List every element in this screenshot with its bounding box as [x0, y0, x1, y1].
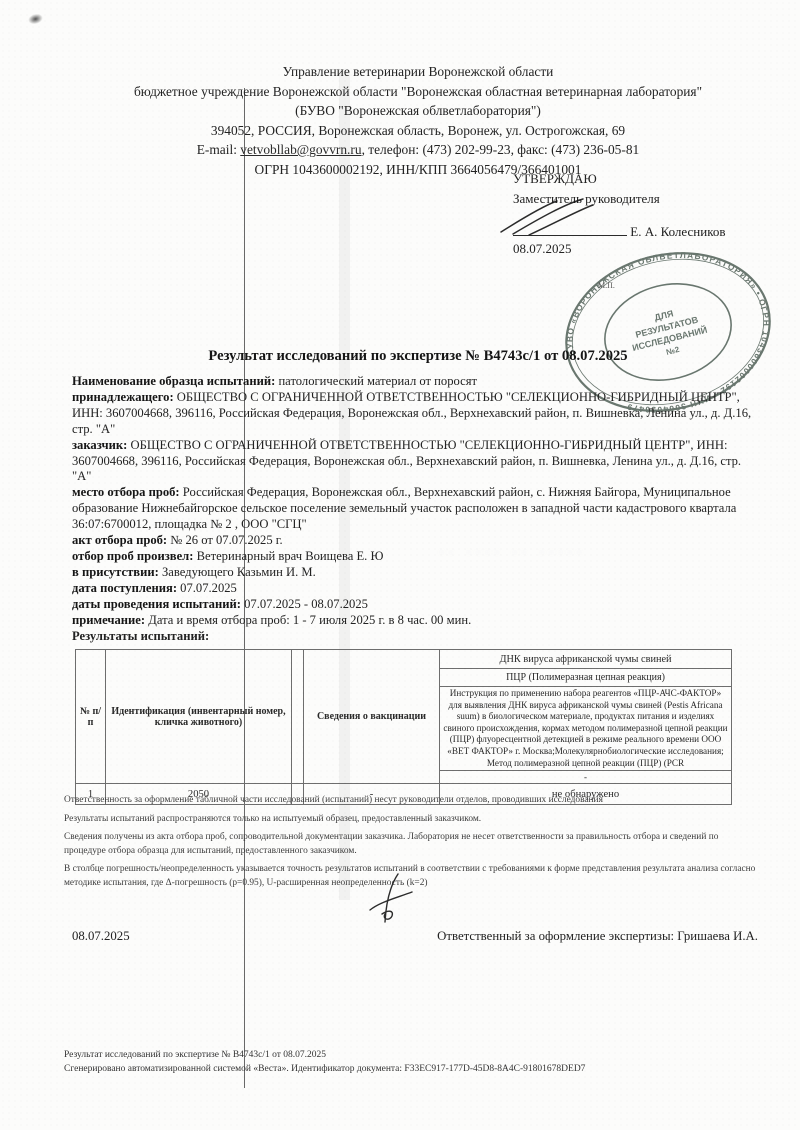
field-sample-name: Наименование образца испытаний: патологи… — [72, 374, 756, 390]
signoff-responsible: Ответственный за оформление экспертизы: … — [437, 929, 758, 944]
org-name-line1: Управление ветеринарии Воронежской облас… — [80, 62, 756, 82]
col-header-vaccination: Сведения о вакцинации — [304, 650, 440, 784]
signoff-date: 08.07.2025 — [72, 929, 130, 944]
org-header: Управление ветеринарии Воронежской облас… — [80, 62, 756, 179]
field-owner: принадлежащего: ОБЩЕСТВО С ОГРАНИЧЕННОЙ … — [72, 390, 756, 438]
footnote-responsibility: Ответственность за оформление табличной … — [64, 794, 761, 808]
signature-line-row: Е. А. Колесников — [513, 221, 773, 240]
footnote-scope: Результаты испытаний распространяются то… — [64, 813, 761, 827]
field-customer: заказчик: ОБЩЕСТВО С ОГРАНИЧЕННОЙ ОТВЕТС… — [72, 438, 756, 486]
expert-signature — [352, 870, 432, 928]
phone-fax-text: , телефон: (473) 202-99-23, факс: (473) … — [362, 142, 640, 157]
footer-generated-id: Сгенерировано автоматизированной системо… — [64, 1062, 764, 1076]
org-name-line3: (БУВО "Воронежская облветлаборатория") — [80, 101, 756, 121]
footer-expertise-ref: Результат исследований по экспертизе № В… — [64, 1048, 764, 1062]
field-receipt-date: дата поступления: 07.07.2025 — [72, 581, 756, 597]
mp-mark: М.П. — [598, 281, 615, 290]
document-fields: Наименование образца испытаний: патологи… — [72, 374, 756, 644]
test-method-header: ПЦР (Полимеразная цепная реакция) — [440, 669, 732, 687]
email-label: E-mail: — [197, 142, 241, 157]
document-footer: Результат исследований по экспертизе № В… — [64, 1048, 764, 1076]
scanned-document-page: { "org": { "line1": "Управление ветерина… — [0, 0, 800, 1130]
org-name-line2: бюджетное учреждение Воронежской области… — [80, 82, 756, 102]
field-test-dates: даты проведения испытаний: 07.07.2025 - … — [72, 597, 756, 613]
org-contacts: E-mail: vetvobllab@govvrn.ru, телефон: (… — [80, 140, 756, 160]
approval-title: УТВЕРЖДАЮ — [513, 171, 773, 187]
test-instruction: Инструкция по применению набора реагенто… — [440, 687, 732, 771]
col-header-num: № п/п — [76, 650, 106, 784]
document-title: Результат исследований по экспертизе № В… — [80, 348, 756, 365]
field-sampling-place: место отбора проб: Российская Федерация,… — [72, 485, 756, 533]
field-sampler: отбор проб произвел: Ветеринарный врач В… — [72, 549, 756, 565]
field-sampling-act: акт отбора проб: № 26 от 07.07.2025 г. — [72, 533, 756, 549]
table-spacer-cell — [292, 650, 304, 784]
col-header-identification: Идентификация (инвентарный номер, кличка… — [106, 650, 292, 784]
results-heading: Результаты испытаний: — [72, 629, 756, 645]
org-address: 394052, РОССИЯ, Воронежская область, Вор… — [80, 121, 756, 141]
signature-line — [513, 221, 627, 236]
unit-cell: - — [440, 771, 732, 784]
approver-name: Е. А. Колесников — [630, 224, 725, 239]
field-note: примечание: Дата и время отбора проб: 1 … — [72, 613, 756, 629]
footnote-sampling-info: Сведения получены из акта отбора проб, с… — [64, 831, 761, 858]
test-group-header: ДНК вируса африканской чумы свиней — [440, 650, 732, 669]
field-witness: в присутствии: Заведующего Казьмин И. М. — [72, 565, 756, 581]
table-header-row-1: № п/п Идентификация (инвентарный номер, … — [76, 650, 732, 669]
scan-speck — [27, 12, 44, 26]
results-table: № п/п Идентификация (инвентарный номер, … — [75, 649, 732, 805]
email-link[interactable]: vetvobllab@govvrn.ru — [240, 142, 361, 157]
